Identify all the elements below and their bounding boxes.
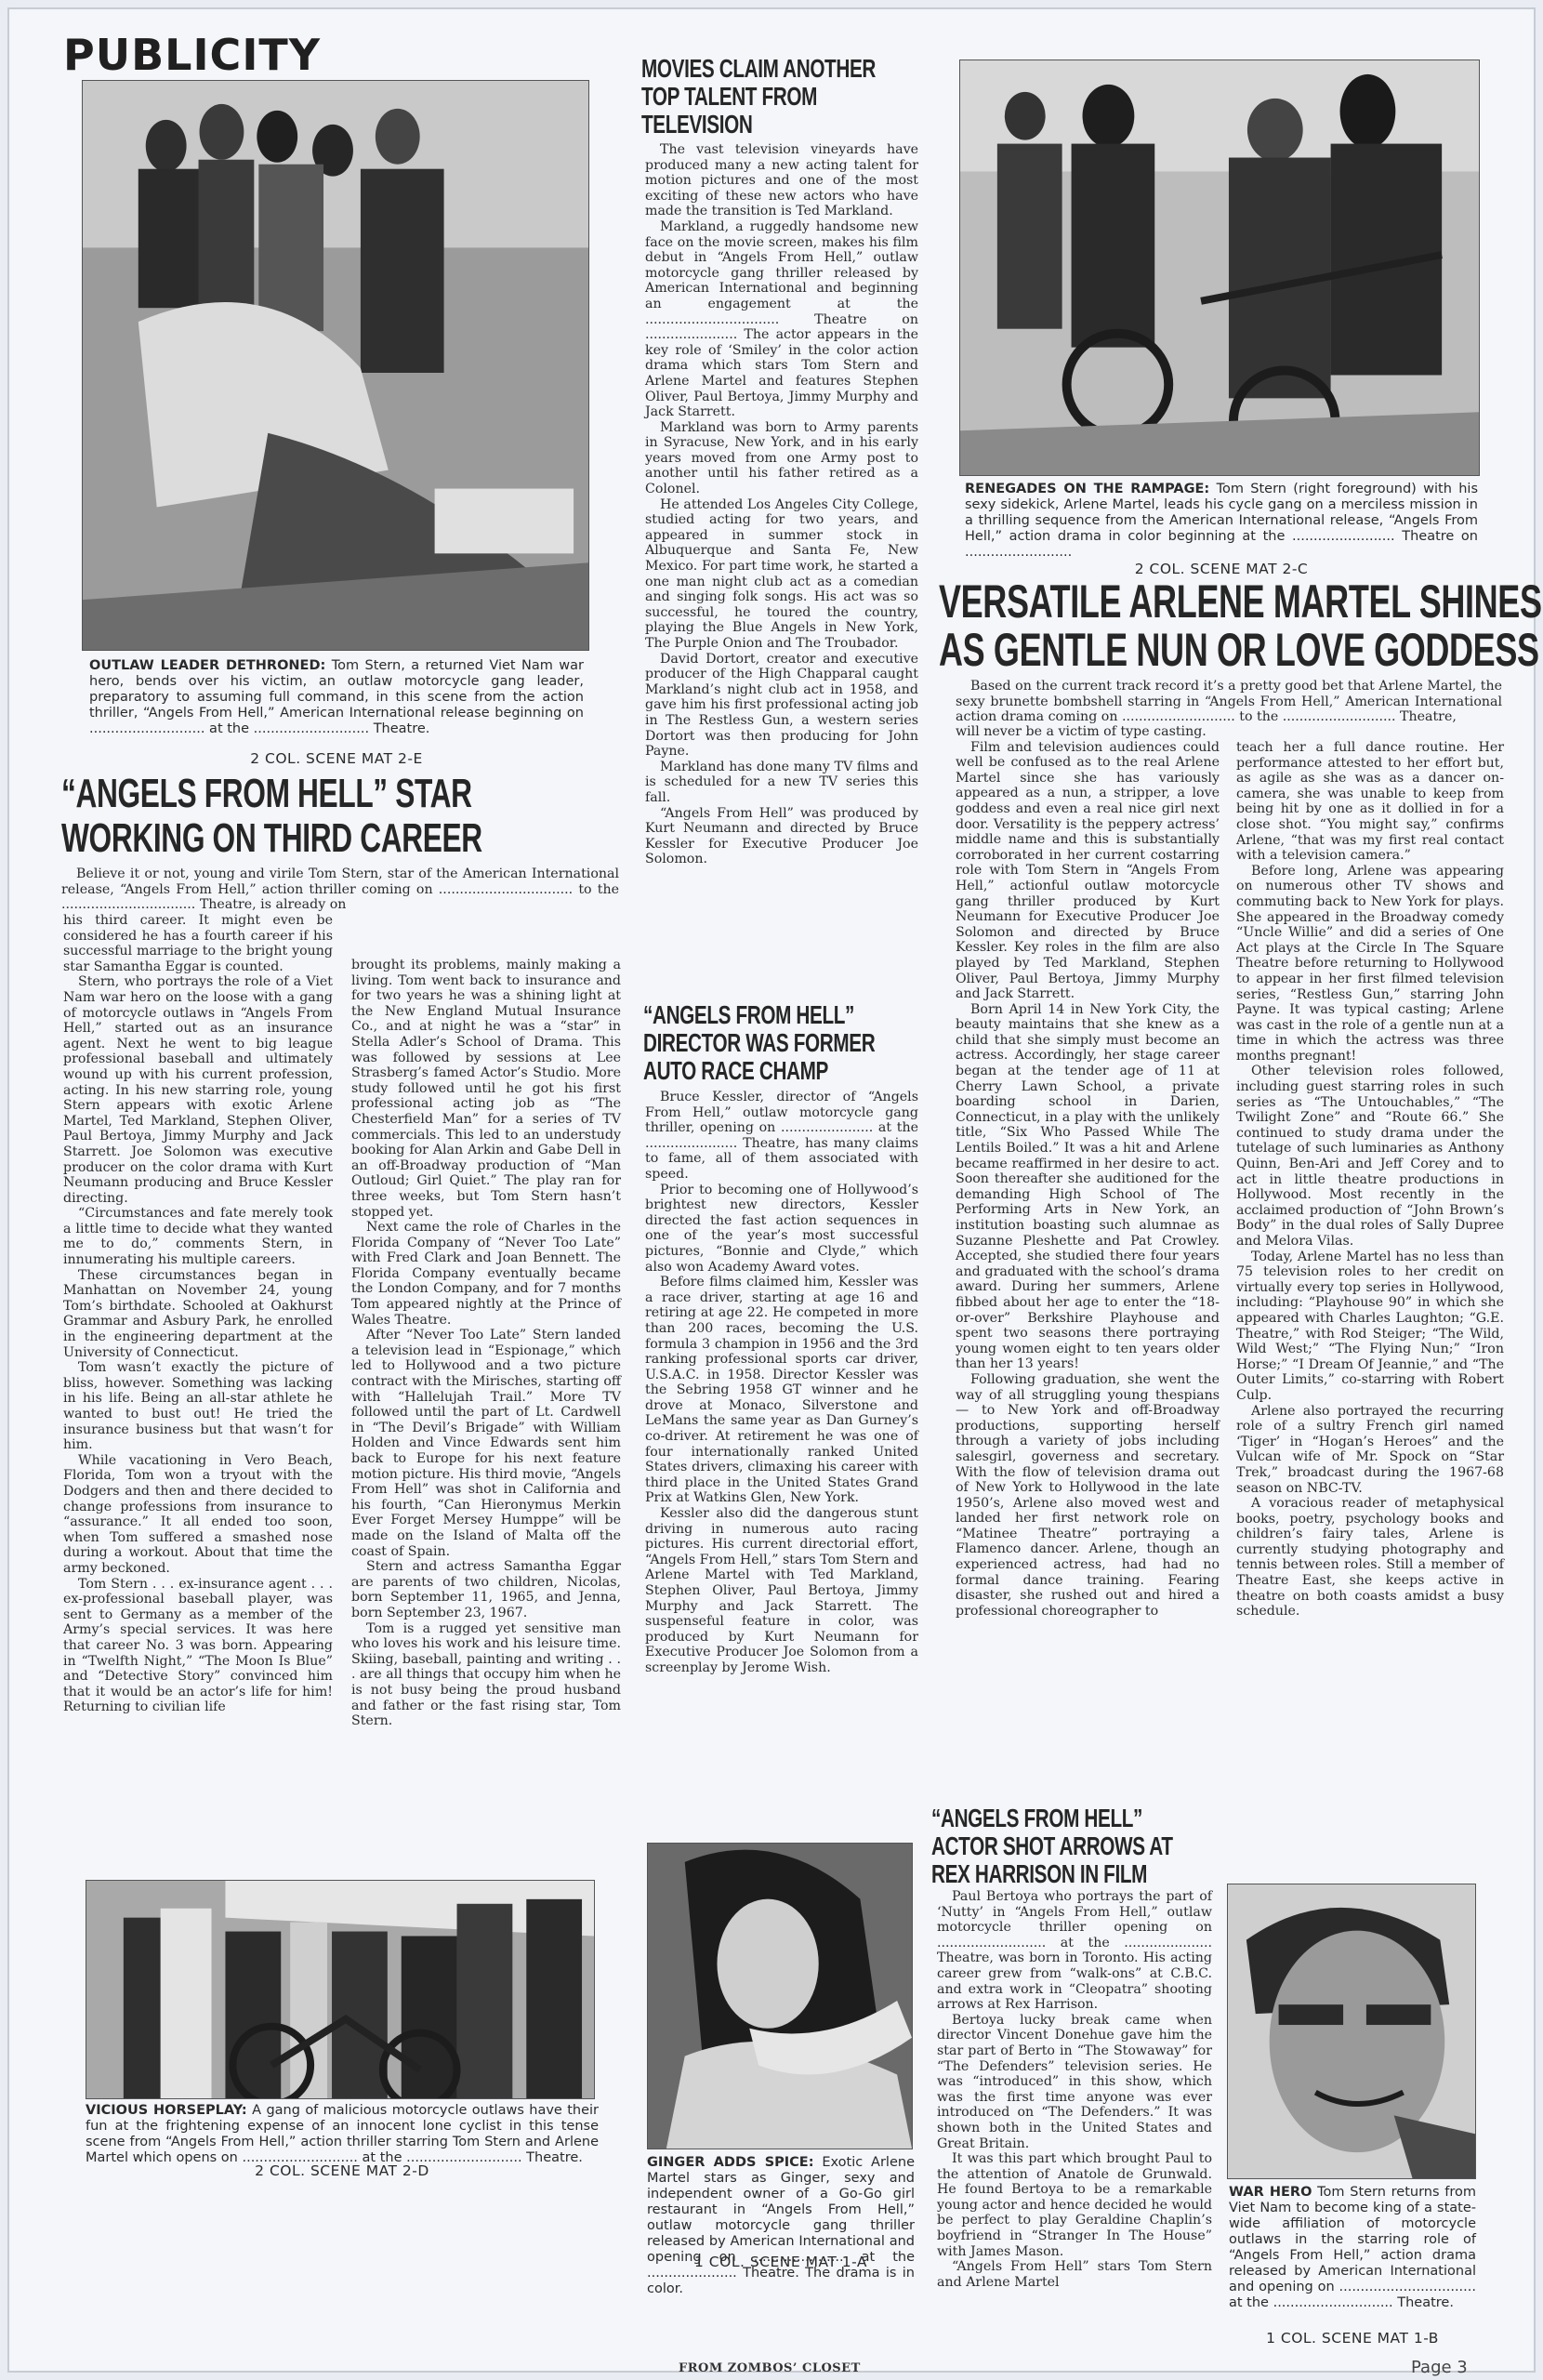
headline-third-career-line1: “ANGELS FROM HELL” STAR bbox=[61, 773, 472, 814]
caption-vicious-horseplay: VICIOUS HORSEPLAY: A gang of malicious m… bbox=[86, 2103, 599, 2166]
headline-arlene-line1: VERSATILE ARLENE MARTEL SHINES bbox=[939, 578, 1542, 625]
article-arlene-col2: teach her a full dance routine. Her perf… bbox=[1236, 740, 1504, 1620]
paragraph: “Circumstances and fate merely took a li… bbox=[63, 1206, 333, 1267]
paragraph: Markland, a ruggedly handsome new face o… bbox=[645, 219, 918, 420]
paragraph: Born April 14 in New York City, the beau… bbox=[956, 1002, 1220, 1372]
article-director-body: Bruce Kessler, director of “Angels From … bbox=[645, 1090, 918, 1676]
caption-war-hero: WAR HERO Tom Stern returns from Viet Nam… bbox=[1229, 2185, 1476, 2311]
headline-line: “ANGELS FROM HELL” bbox=[931, 1805, 1138, 1831]
caption-outlaw-leader: OUTLAW LEADER DETHRONED: Tom Stern, a re… bbox=[89, 658, 584, 737]
paragraph: Arlene also portrayed the recurring role… bbox=[1236, 1404, 1504, 1497]
photo-portrait-icon bbox=[1228, 1884, 1475, 2178]
paragraph: “Angels From Hell” stars Tom Stern and A… bbox=[937, 2259, 1212, 2290]
paragraph: Markland was born to Army parents in Syr… bbox=[645, 420, 918, 497]
photo-scene-icon bbox=[960, 60, 1479, 475]
headline-line: MOVIES CLAIM ANOTHER bbox=[641, 56, 848, 82]
paragraph: Film and television audiences could well… bbox=[956, 740, 1220, 1002]
caption-bold-lead: OUTLAW LEADER DETHRONED: bbox=[89, 658, 325, 673]
paragraph: The vast television vineyards have produ… bbox=[645, 142, 918, 219]
paragraph: Following graduation, she went the way o… bbox=[956, 1372, 1220, 1620]
headline-movies-claim: MOVIES CLAIM ANOTHER TOP TALENT FROM TEL… bbox=[641, 56, 920, 138]
paragraph: Believe it or not, young and virile Tom … bbox=[61, 866, 619, 913]
caption-text: Tom Stern returns from Viet Nam to becom… bbox=[1229, 2185, 1476, 2310]
press-book-page: PUBLICITY OUTLAW LEADER DETHRONED: Tom S… bbox=[7, 7, 1536, 2373]
paragraph: Kessler also did the dangerous stunt dri… bbox=[645, 1506, 918, 1676]
headline-line: AUTO RACE CHAMP bbox=[643, 1058, 850, 1084]
paragraph: After “Never Too Late” Stern landed a te… bbox=[351, 1328, 621, 1559]
photo-war-hero bbox=[1227, 1884, 1476, 2179]
article-arlene-lead: Based on the current track record it’s a… bbox=[956, 679, 1502, 725]
article-third-career-lead: Believe it or not, young and virile Tom … bbox=[61, 866, 619, 913]
article-bertoya-body: Paul Bertoya who portrays the part of ‘N… bbox=[937, 1889, 1212, 2290]
photo-outlaw-leader-dethroned bbox=[82, 80, 589, 651]
photo-portrait-icon bbox=[648, 1844, 912, 2149]
paragraph: While vacationing in Vero Beach, Florida… bbox=[63, 1453, 333, 1577]
headline-line: TOP TALENT FROM bbox=[641, 84, 848, 110]
paragraph: Markland has done many TV films and is s… bbox=[645, 760, 918, 806]
paragraph: Bertoya lucky break came when director V… bbox=[937, 2013, 1212, 2151]
headline-director: “ANGELS FROM HELL” DIRECTOR WAS FORMER A… bbox=[643, 1002, 922, 1084]
article-third-career-col2: brought its problems, mainly making a li… bbox=[351, 958, 621, 1729]
headline-line: DIRECTOR WAS FORMER bbox=[643, 1030, 850, 1056]
headline-third-career-line2: WORKING ON THIRD CAREER bbox=[61, 818, 482, 859]
caption-ginger: GINGER ADDS SPICE: Exotic Arlene Martel … bbox=[647, 2155, 915, 2297]
caption-bold-lead: RENEGADES ON THE RAMPAGE: bbox=[965, 482, 1209, 496]
headline-arlene-line2: AS GENTLE NUN OR LOVE GODDESS bbox=[939, 627, 1539, 673]
paragraph: his third career. It might even be consi… bbox=[63, 913, 333, 974]
caption-text: Exotic Arlene Martel stars as Ginger, se… bbox=[647, 2155, 915, 2296]
paragraph: Paul Bertoya who portrays the part of ‘N… bbox=[937, 1889, 1212, 2013]
paragraph: Stern and actress Samantha Eggar are par… bbox=[351, 1559, 621, 1620]
headline-line: TELEVISION bbox=[641, 112, 848, 138]
paragraph: Stern, who portrays the role of a Viet N… bbox=[63, 974, 333, 1206]
paragraph: David Dortort, creator and executive pro… bbox=[645, 652, 918, 760]
mat-label-1a: 1 COL. SCENE MAT 1-A bbox=[647, 2254, 915, 2270]
masthead-publicity: PUBLICITY bbox=[63, 30, 321, 80]
mat-label-2e: 2 COL. SCENE MAT 2-E bbox=[89, 750, 584, 767]
paragraph: Tom Stern . . . ex-insurance agent . . .… bbox=[63, 1577, 333, 1715]
headline-line: REX HARRISON IN FILM bbox=[931, 1861, 1138, 1887]
caption-bold-lead: GINGER ADDS SPICE: bbox=[647, 2155, 814, 2170]
paragraph: will never be a victim of type casting. bbox=[956, 724, 1220, 740]
caption-renegades: RENEGADES ON THE RAMPAGE: Tom Stern (rig… bbox=[965, 482, 1478, 561]
paragraph: Tom is a rugged yet sensitive man who lo… bbox=[351, 1621, 621, 1729]
page-number: Page 3 bbox=[1411, 2358, 1468, 2377]
mat-label-1b: 1 COL. SCENE MAT 1-B bbox=[1229, 2330, 1476, 2347]
footer-credit: FROM ZOMBOS’ CLOSET bbox=[679, 2361, 861, 2375]
paragraph: “Angels From Hell” was produced by Kurt … bbox=[645, 806, 918, 867]
headline-line: “ANGELS FROM HELL” bbox=[643, 1002, 850, 1028]
photo-scene-icon bbox=[86, 1881, 594, 2098]
photo-scene-icon bbox=[83, 81, 588, 650]
photo-vicious-horseplay bbox=[86, 1880, 595, 2099]
paragraph: Bruce Kessler, director of “Angels From … bbox=[645, 1090, 918, 1183]
paragraph: Before long, Arlene was appearing on num… bbox=[1236, 864, 1504, 1064]
caption-bold-lead: VICIOUS HORSEPLAY: bbox=[86, 2103, 247, 2118]
paragraph: Based on the current track record it’s a… bbox=[956, 679, 1502, 725]
article-third-career-col1: his third career. It might even be consi… bbox=[63, 913, 333, 1715]
paragraph: brought its problems, mainly making a li… bbox=[351, 958, 621, 1220]
mat-label-2d: 2 COL. SCENE MAT 2-D bbox=[86, 2162, 599, 2179]
article-movies-claim-body: The vast television vineyards have produ… bbox=[645, 142, 918, 867]
article-arlene-col1: will never be a victim of type casting. … bbox=[956, 724, 1220, 1619]
paragraph: Today, Arlene Martel has no less than 75… bbox=[1236, 1249, 1504, 1404]
paragraph: teach her a full dance routine. Her perf… bbox=[1236, 740, 1504, 864]
paragraph: These circumstances began in Manhattan o… bbox=[63, 1268, 333, 1361]
headline-bertoya: “ANGELS FROM HELL” ACTOR SHOT ARROWS AT … bbox=[931, 1805, 1210, 1887]
paragraph: Next came the role of Charles in the Flo… bbox=[351, 1220, 621, 1328]
paragraph: Tom wasn’t exactly the picture of bliss,… bbox=[63, 1360, 333, 1453]
photo-ginger-adds-spice bbox=[647, 1843, 913, 2149]
paragraph: Before films claimed him, Kessler was a … bbox=[645, 1275, 918, 1506]
headline-line: ACTOR SHOT ARROWS AT bbox=[931, 1833, 1138, 1859]
paragraph: Other television roles followed, includi… bbox=[1236, 1064, 1504, 1249]
paragraph: He attended Los Angeles City College, st… bbox=[645, 497, 918, 652]
photo-renegades-on-the-rampage bbox=[959, 59, 1480, 476]
paragraph: It was this part which brought Paul to t… bbox=[937, 2151, 1212, 2259]
paragraph: A voracious reader of metaphysical books… bbox=[1236, 1496, 1504, 1620]
paragraph: Prior to becoming one of Hollywood’s bri… bbox=[645, 1183, 918, 1276]
caption-bold-lead: WAR HERO bbox=[1229, 2185, 1312, 2200]
